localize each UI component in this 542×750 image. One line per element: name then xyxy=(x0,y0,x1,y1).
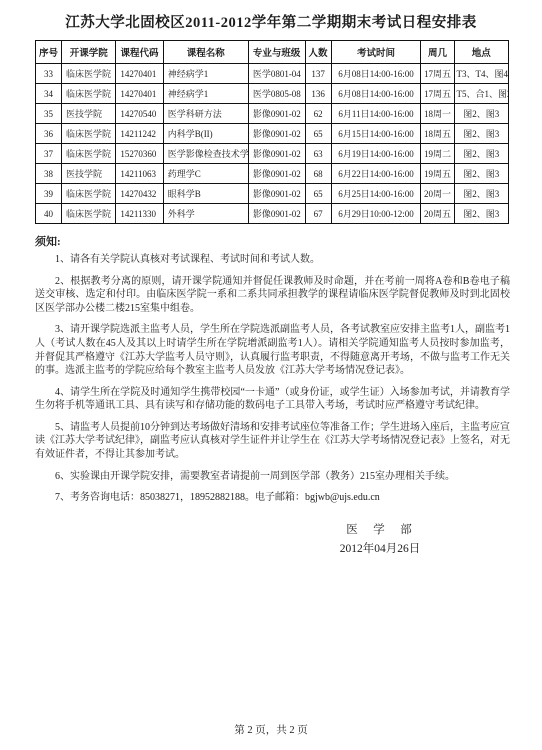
cell-location: 图2、图3 xyxy=(454,204,508,224)
cell-time: 6月22日14:00-16:00 xyxy=(331,164,421,184)
note-item-7: 7、考务咨询电话：85038271，18952882188。电子邮箱：bgjwb… xyxy=(35,491,510,505)
cell-no: 38 xyxy=(36,164,62,184)
cell-count: 67 xyxy=(305,204,331,224)
cell-major: 影像0901-02 xyxy=(248,204,305,224)
cell-time: 6月08日14:00-16:00 xyxy=(331,84,421,104)
notes-section: 须知: 1、请各有关学院认真核对考试课程、考试时间和考试人数。 2、根据教考分离… xyxy=(35,235,510,505)
cell-code: 14211063 xyxy=(116,164,163,184)
column-header-count: 人数 xyxy=(305,41,331,64)
cell-count: 62 xyxy=(305,104,331,124)
cell-college: 临床医学院 xyxy=(62,184,116,204)
exam-schedule-table: 序号 开课学院 课程代码 课程名称 专业与班级 人数 考试时间 周几 地点 33… xyxy=(35,40,509,224)
cell-no: 40 xyxy=(36,204,62,224)
cell-no: 39 xyxy=(36,184,62,204)
cell-college: 医技学院 xyxy=(62,104,116,124)
cell-weekday: 19周五 xyxy=(421,164,454,184)
note-item-2: 2、根据教考分离的原则，请开课学院通知并督促任课教师及时命题，并在考前一周将A卷… xyxy=(35,275,510,316)
cell-no: 36 xyxy=(36,124,62,144)
page-footer: 第 2 页，共 2 页 xyxy=(0,722,542,737)
note-item-5: 5、请监考人员提前10分钟到达考场做好清场和安排考试座位等准备工作；学生进场入座… xyxy=(35,421,510,462)
column-header-location: 地点 xyxy=(454,41,508,64)
signature-date: 2012年04月26日 xyxy=(295,540,465,556)
column-header-time: 考试时间 xyxy=(331,41,421,64)
cell-course: 眼科学B xyxy=(163,184,248,204)
cell-location: T3、T4、图4 xyxy=(454,64,508,84)
cell-weekday: 17周五 xyxy=(421,64,454,84)
note-item-1: 1、请各有关学院认真核对考试课程、考试时间和考试人数。 xyxy=(35,253,510,267)
cell-location: 图2、图3 xyxy=(454,104,508,124)
cell-time: 6月29日10:00-12:00 xyxy=(331,204,421,224)
cell-no: 35 xyxy=(36,104,62,124)
page-title: 江苏大学北固校区2011-2012学年第二学期期末考试日程安排表 xyxy=(0,0,542,32)
cell-no: 34 xyxy=(36,84,62,104)
cell-course: 外科学 xyxy=(163,204,248,224)
cell-time: 6月08日14:00-16:00 xyxy=(331,64,421,84)
cell-major: 影像0901-02 xyxy=(248,124,305,144)
table-header-row: 序号 开课学院 课程代码 课程名称 专业与班级 人数 考试时间 周几 地点 xyxy=(36,41,509,64)
cell-major: 影像0901-02 xyxy=(248,184,305,204)
table-row: 40 临床医学院 14211330 外科学 影像0901-02 67 6月29日… xyxy=(36,204,509,224)
column-header-course: 课程名称 xyxy=(163,41,248,64)
cell-weekday: 20周一 xyxy=(421,184,454,204)
cell-location: 图2、图3 xyxy=(454,164,508,184)
cell-location: 图2、图3 xyxy=(454,144,508,164)
table-row: 37 临床医学院 15270360 医学影像检查技术学 影像0901-02 63… xyxy=(36,144,509,164)
cell-course: 医学影像检查技术学 xyxy=(163,144,248,164)
notes-heading: 须知: xyxy=(35,235,510,250)
cell-weekday: 18周一 xyxy=(421,104,454,124)
table-row: 36 临床医学院 14211242 内科学B(II) 影像0901-02 65 … xyxy=(36,124,509,144)
cell-time: 6月19日14:00-16:00 xyxy=(331,144,421,164)
cell-no: 37 xyxy=(36,144,62,164)
cell-code: 14211330 xyxy=(116,204,163,224)
note-item-3: 3、请开课学院选派主监考人员，学生所在学院选派副监考人员，各考试教室应安排主监考… xyxy=(35,323,510,377)
cell-time: 6月11日14:00-16:00 xyxy=(331,104,421,124)
cell-count: 63 xyxy=(305,144,331,164)
cell-weekday: 17周五 xyxy=(421,84,454,104)
cell-location: T5、合1、图2 xyxy=(454,84,508,104)
cell-code: 15270360 xyxy=(116,144,163,164)
cell-code: 14270401 xyxy=(116,64,163,84)
cell-major: 影像0901-02 xyxy=(248,104,305,124)
cell-college: 临床医学院 xyxy=(62,64,116,84)
column-header-weekday: 周几 xyxy=(421,41,454,64)
note-item-6: 6、实验课由开课学院安排，需要教室者请提前一周到医学部（教务）215室办理相关手… xyxy=(35,470,510,484)
cell-weekday: 18周五 xyxy=(421,124,454,144)
cell-time: 6月15日14:00-16:00 xyxy=(331,124,421,144)
cell-major: 影像0901-02 xyxy=(248,144,305,164)
column-header-major: 专业与班级 xyxy=(248,41,305,64)
cell-major: 医学0805-08 xyxy=(248,84,305,104)
cell-location: 图2、图3 xyxy=(454,124,508,144)
signature-department: 医 学 部 xyxy=(295,521,465,537)
note-item-4: 4、请学生所在学院及时通知学生携带校园“一卡通”（或身份证，或学生证）入场参加考… xyxy=(35,386,510,413)
column-header-code: 课程代码 xyxy=(116,41,163,64)
cell-college: 临床医学院 xyxy=(62,84,116,104)
table-row: 34 临床医学院 14270401 神经病学1 医学0805-08 136 6月… xyxy=(36,84,509,104)
cell-count: 65 xyxy=(305,184,331,204)
cell-college: 临床医学院 xyxy=(62,204,116,224)
cell-count: 137 xyxy=(305,64,331,84)
column-header-no: 序号 xyxy=(36,41,62,64)
cell-code: 14270540 xyxy=(116,104,163,124)
cell-count: 136 xyxy=(305,84,331,104)
cell-count: 68 xyxy=(305,164,331,184)
cell-time: 6月25日14:00-16:00 xyxy=(331,184,421,204)
table-row: 39 临床医学院 14270432 眼科学B 影像0901-02 65 6月25… xyxy=(36,184,509,204)
cell-college: 临床医学院 xyxy=(62,124,116,144)
column-header-college: 开课学院 xyxy=(62,41,116,64)
signature-block: 医 学 部 2012年04月26日 xyxy=(295,521,465,556)
cell-code: 14211242 xyxy=(116,124,163,144)
cell-course: 医学科研方法 xyxy=(163,104,248,124)
cell-course: 内科学B(II) xyxy=(163,124,248,144)
table-row: 33 临床医学院 14270401 神经病学1 医学0801-04 137 6月… xyxy=(36,64,509,84)
cell-major: 影像0901-02 xyxy=(248,164,305,184)
cell-course: 神经病学1 xyxy=(163,84,248,104)
cell-count: 65 xyxy=(305,124,331,144)
cell-code: 14270432 xyxy=(116,184,163,204)
cell-course: 药理学C xyxy=(163,164,248,184)
table-row: 35 医技学院 14270540 医学科研方法 影像0901-02 62 6月1… xyxy=(36,104,509,124)
cell-location: 图2、图3 xyxy=(454,184,508,204)
cell-code: 14270401 xyxy=(116,84,163,104)
cell-weekday: 20周五 xyxy=(421,204,454,224)
cell-course: 神经病学1 xyxy=(163,64,248,84)
cell-no: 33 xyxy=(36,64,62,84)
cell-college: 临床医学院 xyxy=(62,144,116,164)
document-page: 江苏大学北固校区2011-2012学年第二学期期末考试日程安排表 序号 开课学院… xyxy=(0,0,542,750)
cell-major: 医学0801-04 xyxy=(248,64,305,84)
cell-weekday: 19周二 xyxy=(421,144,454,164)
table-row: 38 医技学院 14211063 药理学C 影像0901-02 68 6月22日… xyxy=(36,164,509,184)
cell-college: 医技学院 xyxy=(62,164,116,184)
